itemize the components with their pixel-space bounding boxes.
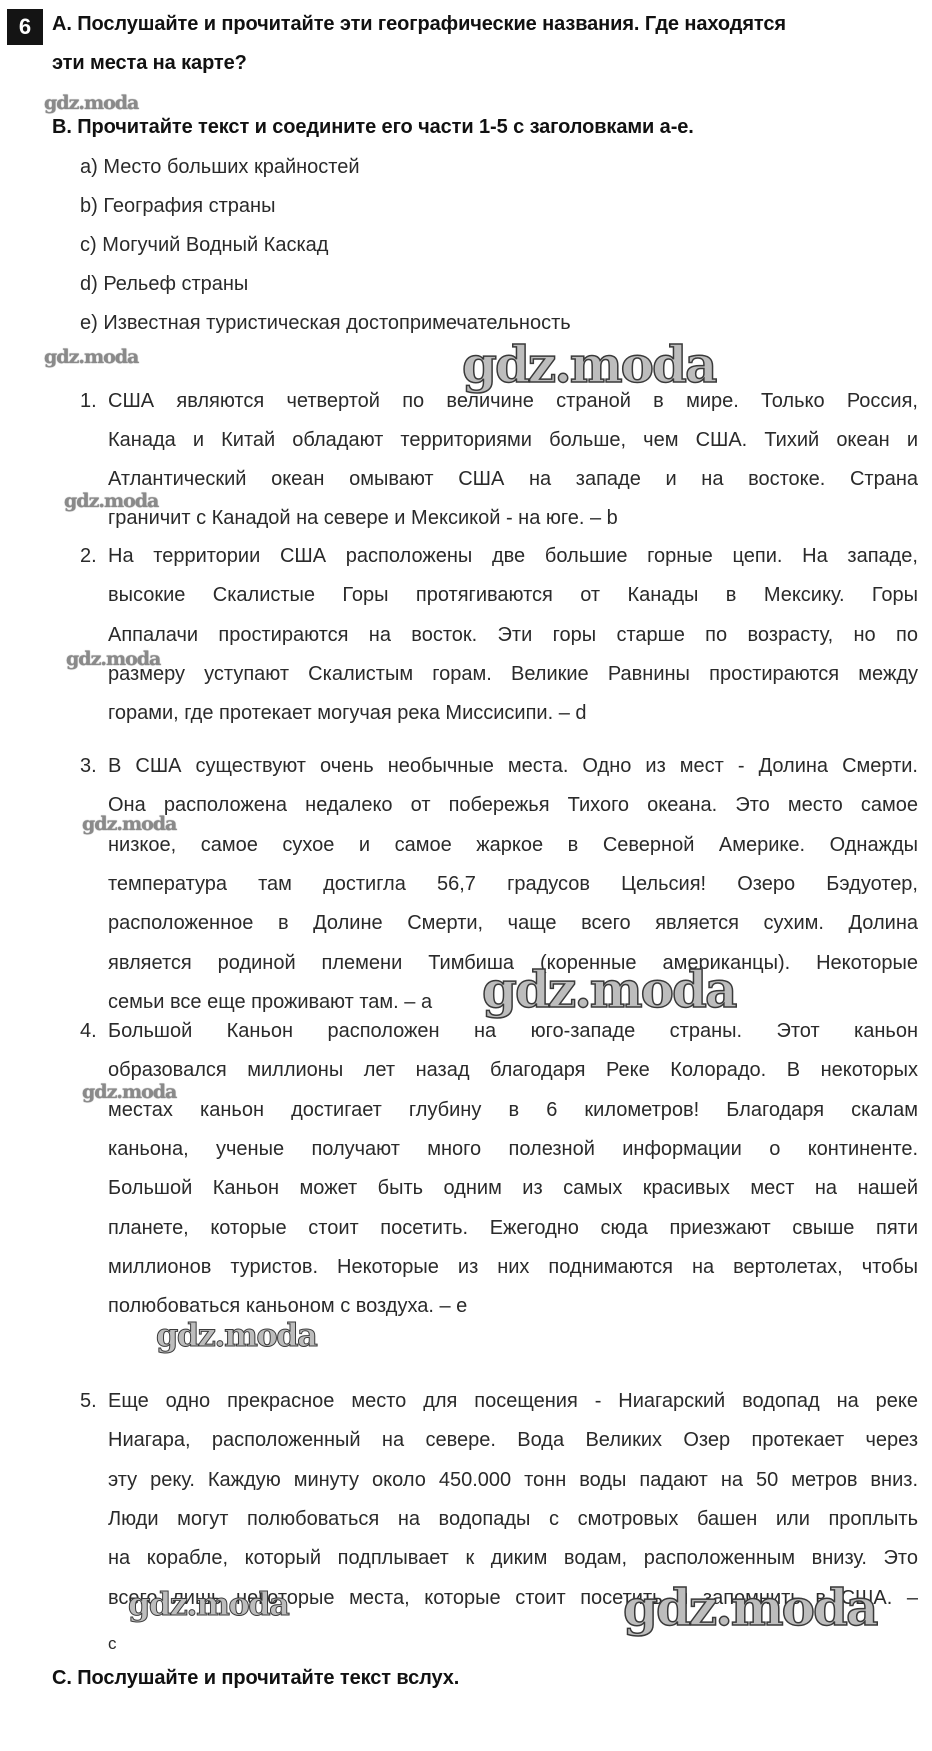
heading-option-b: b) География страны [80, 195, 275, 218]
watermark: gdz.moda [82, 813, 176, 835]
paragraph-line: Большой Каньон может быть одним из самых… [108, 1177, 918, 1201]
heading-option-c: c) Могучий Водный Каскад [80, 234, 328, 257]
paragraph-line: Канада и Китай обладают территориями бол… [108, 429, 918, 453]
watermark-medium: gdz.moda [156, 1316, 316, 1354]
paragraph-line: Ниагара, расположенный на севере. Вода В… [108, 1429, 918, 1453]
watermark-large: gdz.moda [623, 1578, 876, 1637]
watermark: gdz.moda [82, 1081, 176, 1103]
heading-option-d: d) Рельеф страны [80, 273, 248, 296]
paragraph-line: высокие Скалистые Горы протягиваются от … [108, 584, 918, 608]
paragraph-number: 2. [80, 545, 97, 568]
paragraph-line: Большой Каньон расположен на юго-западе … [108, 1020, 918, 1044]
watermark: gdz.moda [44, 346, 138, 368]
paragraph-line: Атлантический океан омывают США на запад… [108, 468, 918, 492]
heading-option-a: a) Место больших крайностей [80, 156, 360, 179]
paragraph-number: 4. [80, 1020, 97, 1043]
paragraph-line: миллионов туристов. Некоторые из них под… [108, 1256, 918, 1280]
paragraph-number: 5. [80, 1390, 97, 1413]
paragraph-line: низкое, самое сухое и самое жаркое в Сев… [108, 834, 918, 858]
paragraph-line: граничит с Канадой на севере и Мексикой … [108, 507, 918, 531]
paragraph-line: c [108, 1634, 918, 1658]
paragraph-line: эту реку. Каждую минуту около 450.000 то… [108, 1469, 918, 1493]
paragraph-line: Люди могут полюбоваться на водопады с см… [108, 1508, 918, 1532]
paragraph-line: горами, где протекает могучая река Мисси… [108, 702, 918, 726]
paragraph-line: на корабле, который подплывает к диким в… [108, 1547, 918, 1571]
heading-option-e: e) Известная туристическая достопримечат… [80, 312, 571, 335]
section-b-instruction: B. Прочитайте текст и соедините его част… [52, 116, 694, 139]
watermark-large: gdz.moda [462, 335, 715, 394]
section-a-instruction: A. Послушайте и прочитайте эти географич… [52, 13, 786, 36]
paragraph-line: каньона, ученые получают много полезной … [108, 1138, 918, 1162]
paragraph-line: Она расположена недалеко от побережья Ти… [108, 794, 918, 818]
paragraph-number: 3. [80, 755, 97, 778]
exercise-number-badge: 6 [7, 9, 43, 45]
paragraph-line: Еще одно прекрасное место для посещения … [108, 1390, 918, 1414]
watermark-large: gdz.moda [482, 960, 735, 1019]
paragraph-line: местах каньон достигает глубину в 6 кило… [108, 1099, 918, 1123]
section-a-instruction-cont: эти места на карте? [52, 52, 247, 75]
section-c-instruction: C. Послушайте и прочитайте текст вслух. [52, 1667, 459, 1690]
paragraph-line: размеру уступают Скалистым горам. Велики… [108, 663, 918, 687]
paragraph-line: образовался миллионы лет назад благодаря… [108, 1059, 918, 1083]
watermark: gdz.moda [44, 92, 138, 114]
watermark: gdz.moda [64, 490, 158, 512]
paragraph-line: В США существуют очень необычные места. … [108, 755, 918, 779]
paragraph-number: 1. [80, 390, 97, 413]
paragraph-line: На территории США расположены две больши… [108, 545, 918, 569]
watermark: gdz.moda [66, 648, 160, 670]
paragraph-line: расположенное в Долине Смерти, чаще всег… [108, 912, 918, 936]
watermark-medium: gdz.moda [128, 1585, 288, 1623]
paragraph-line: температура там достигла 56,7 градусов Ц… [108, 873, 918, 897]
paragraph-line: Аппалачи простираются на восток. Эти гор… [108, 624, 918, 648]
paragraph-line: планете, которые стоит посетить. Ежегодн… [108, 1217, 918, 1241]
